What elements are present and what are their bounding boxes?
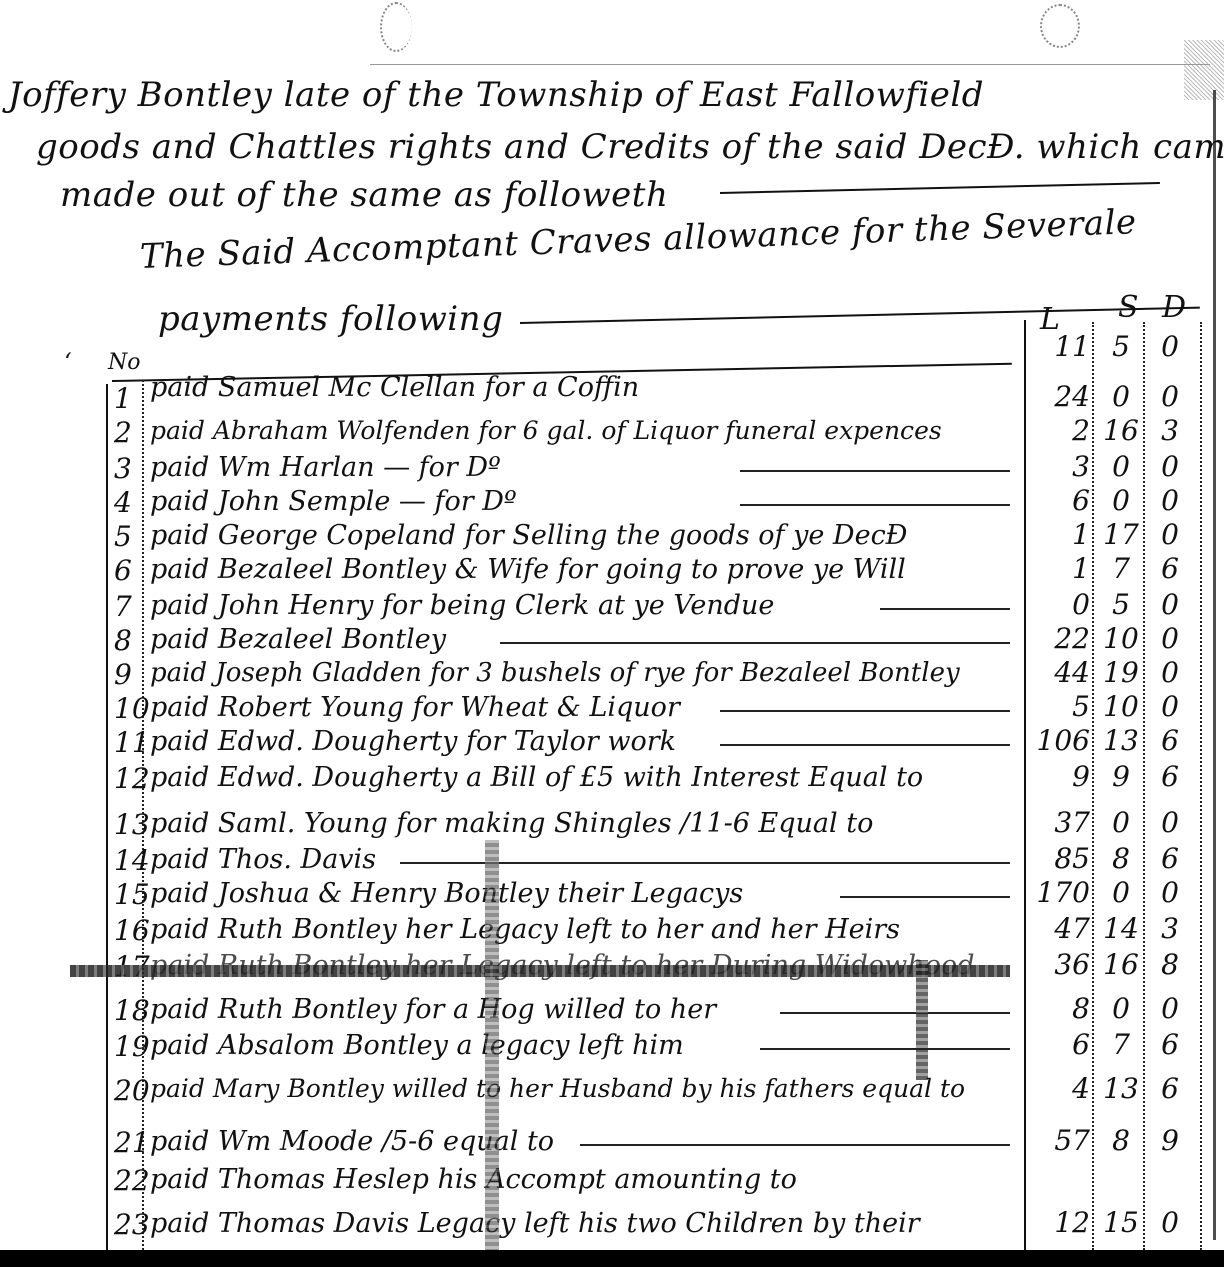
entry-shillings: 0	[1096, 806, 1146, 839]
heading-line-2: goods and Chattles rights and Credits of…	[36, 130, 1224, 164]
entry-number: 13	[114, 808, 144, 841]
ink-smear	[916, 960, 928, 1080]
entry-number: 22	[114, 1164, 144, 1197]
entry-pounds: 9	[1012, 760, 1090, 793]
entry-pounds: 22	[1012, 622, 1090, 655]
entry-number: 6	[114, 554, 144, 587]
entry-shillings: 0	[1096, 484, 1146, 517]
entry-pence: 6	[1150, 724, 1190, 757]
margin-mark: ‘	[64, 348, 72, 376]
ledger-row: 12 paid Edwd. Dougherty a Bill of £5 wit…	[100, 760, 1220, 796]
entry-number: 4	[114, 486, 144, 519]
ledger-row: 19 paid Absalom Bontley a legacy left hi…	[100, 1028, 1220, 1064]
header-shillings: 5	[1096, 330, 1146, 363]
entry-pence: 9	[1150, 1124, 1190, 1157]
heading-flourish	[720, 182, 1160, 194]
fill-line	[720, 710, 1010, 712]
entry-pounds: 36	[1012, 948, 1090, 981]
entry-text: paid Bezaleel Bontley	[150, 624, 446, 655]
entry-number: 7	[114, 590, 144, 623]
entry-shillings: 10	[1096, 690, 1146, 723]
entry-number: 3	[114, 452, 144, 485]
entry-shillings: 10	[1096, 622, 1146, 655]
binding-hole-right	[1040, 4, 1080, 48]
column-header-shillings: S	[1118, 290, 1139, 325]
fill-line	[740, 504, 1010, 506]
entry-text: paid Edwd. Dougherty for Taylor work	[150, 726, 676, 757]
entry-pence: 0	[1150, 518, 1190, 551]
entry-shillings: 13	[1096, 1072, 1146, 1105]
ledger-row: 15 paid Joshua & Henry Bontley their Leg…	[100, 876, 1220, 912]
header-amount-row: 11 5 0	[100, 330, 1220, 366]
entry-shillings: 14	[1096, 912, 1146, 945]
entry-shillings: 13	[1096, 724, 1146, 757]
entry-shillings: 7	[1096, 552, 1146, 585]
fill-line	[740, 470, 1010, 472]
entry-pence: 3	[1150, 414, 1190, 447]
entry-pence: 8	[1150, 948, 1190, 981]
fill-line	[840, 896, 1010, 898]
entry-pounds: 37	[1012, 806, 1090, 839]
entry-pounds: 47	[1012, 912, 1090, 945]
entry-text: paid Ruth Bontley for a Hog willed to he…	[150, 994, 716, 1025]
entry-text: paid Joshua & Henry Bontley their Legacy…	[150, 878, 743, 909]
entry-pounds: 12	[1012, 1206, 1090, 1239]
entry-number: 1	[114, 382, 144, 415]
entry-pence: 0	[1150, 380, 1190, 413]
fill-line	[760, 1048, 1010, 1050]
entry-pounds: 57	[1012, 1124, 1090, 1157]
entry-shillings: 0	[1096, 992, 1146, 1025]
ledger-row: 22 paid Thomas Heslep his Accompt amount…	[100, 1162, 1220, 1198]
entry-shillings: 0	[1096, 876, 1146, 909]
fill-line	[780, 1012, 1010, 1014]
allowance-flourish	[520, 307, 1200, 324]
entry-pence: 0	[1150, 484, 1190, 517]
entry-pence: 0	[1150, 622, 1190, 655]
entry-pounds: 2	[1012, 414, 1090, 447]
entry-text: paid Robert Young for Wheat & Liquor	[150, 692, 680, 723]
ledger-row: 8 paid Bezaleel Bontley 22 10 0	[100, 622, 1220, 658]
entry-shillings: 16	[1096, 414, 1146, 447]
entry-pounds: 0	[1012, 588, 1090, 621]
entry-pounds: 6	[1012, 484, 1090, 517]
entry-pence: 6	[1150, 1072, 1190, 1105]
heading-line-1: Joffery Bontley late of the Township of …	[8, 78, 984, 112]
entry-pence: 0	[1150, 656, 1190, 689]
entry-pence: 0	[1150, 690, 1190, 723]
entry-number: 18	[114, 994, 144, 1027]
entry-pounds: 1	[1012, 552, 1090, 585]
ledger-row: 14 paid Thos. Davis 85 8 6	[100, 842, 1220, 878]
entry-pence: 0	[1150, 450, 1190, 483]
entry-pence: 6	[1150, 1028, 1190, 1061]
entry-text: paid Saml. Young for making Shingles /11…	[150, 808, 873, 839]
fill-line	[720, 744, 1010, 746]
entry-number: 20	[114, 1074, 144, 1107]
ledger-row: 9 paid Joseph Gladden for 3 bushels of r…	[100, 656, 1220, 692]
top-rule	[370, 64, 1210, 65]
entry-number: 16	[114, 914, 144, 947]
ledger-row: 10 paid Robert Young for Wheat & Liquor …	[100, 690, 1220, 726]
entry-text: paid John Henry for being Clerk at ye Ve…	[150, 590, 774, 621]
entry-number: 14	[114, 844, 144, 877]
entry-shillings: 15	[1096, 1206, 1146, 1239]
entry-number: 23	[114, 1208, 144, 1241]
entry-pounds: 3	[1012, 450, 1090, 483]
entry-pence: 0	[1150, 992, 1190, 1025]
fill-line	[580, 1144, 1010, 1146]
entry-shillings: 8	[1096, 1124, 1146, 1157]
binding-hole-left	[380, 2, 412, 52]
entry-pence: 0	[1150, 806, 1190, 839]
ledger-row: 4 paid John Semple — for Dº 6 0 0	[100, 484, 1220, 520]
entry-pounds: 5	[1012, 690, 1090, 723]
entry-text: paid Thos. Davis	[150, 844, 376, 875]
ledger-row: 21 paid Wm Moode /5-6 equal to 57 8 9	[100, 1124, 1220, 1160]
entry-pence: 6	[1150, 552, 1190, 585]
heading-line-3: made out of the same as followeth	[60, 178, 668, 212]
entry-pence: 0	[1150, 588, 1190, 621]
entry-pence: 6	[1150, 842, 1190, 875]
ledger-row: 7 paid John Henry for being Clerk at ye …	[100, 588, 1220, 624]
fold-crease	[485, 840, 499, 1260]
ledger-row: 18 paid Ruth Bontley for a Hog willed to…	[100, 992, 1220, 1028]
ledger-row: 13 paid Saml. Young for making Shingles …	[100, 806, 1220, 842]
entry-shillings: 9	[1096, 760, 1146, 793]
entry-shillings: 7	[1096, 1028, 1146, 1061]
entry-pounds: 44	[1012, 656, 1090, 689]
entry-text: paid Edwd. Dougherty a Bill of £5 with I…	[150, 762, 923, 793]
entry-shillings: 16	[1096, 948, 1146, 981]
entry-shillings: 8	[1096, 842, 1146, 875]
ledger-row: 1 24 0 0	[100, 380, 1220, 416]
entry-pounds: 6	[1012, 1028, 1090, 1061]
entry-pence: 0	[1150, 876, 1190, 909]
entry-pounds: 1	[1012, 518, 1090, 551]
entry-shillings: 0	[1096, 450, 1146, 483]
entry-text: paid Joseph Gladden for 3 bushels of rye…	[150, 658, 960, 688]
entry-shillings: 19	[1096, 656, 1146, 689]
entry-number: 9	[114, 658, 144, 691]
entry-pounds: 106	[1012, 724, 1090, 757]
ledger-row: 20 paid Mary Bontley willed to her Husba…	[100, 1072, 1220, 1108]
ledger-row: 16 paid Ruth Bontley her Legacy left to …	[100, 912, 1220, 948]
scan-bottom-border	[0, 1250, 1224, 1267]
entry-number: 12	[114, 762, 144, 795]
ledger-row: 2 paid Abraham Wolfenden for 6 gal. of L…	[100, 414, 1220, 450]
entry-number: 2	[114, 416, 144, 449]
column-header-pence: D	[1162, 290, 1186, 325]
entry-pence: 0	[1150, 1206, 1190, 1239]
entry-number: 11	[114, 726, 144, 759]
ledger-row: 6 paid Bezaleel Bontley & Wife for going…	[100, 552, 1220, 588]
entry-pounds: 8	[1012, 992, 1090, 1025]
entry-number: 15	[114, 878, 144, 911]
entry-shillings: 5	[1096, 588, 1146, 621]
ledger-row: 23 paid Thomas Davis Legacy left his two…	[100, 1206, 1220, 1242]
entry-shillings: 17	[1096, 518, 1146, 551]
entry-pounds: 4	[1012, 1072, 1090, 1105]
entry-text: paid Mary Bontley willed to her Husband …	[150, 1074, 965, 1103]
entry-shillings: 0	[1096, 380, 1146, 413]
entry-pounds: 24	[1012, 380, 1090, 413]
entry-text: paid Thomas Heslep his Accompt amounting…	[150, 1164, 797, 1195]
entry-text: paid Absalom Bontley a legacy left him	[150, 1030, 684, 1061]
entry-number: 19	[114, 1030, 144, 1063]
ledger-row: 11 paid Edwd. Dougherty for Taylor work …	[100, 724, 1220, 760]
header-pence: 0	[1150, 330, 1190, 363]
allowance-line-1: The Said Accomptant Craves allowance for…	[139, 205, 1137, 274]
entry-text: paid Bezaleel Bontley & Wife for going t…	[150, 554, 906, 585]
entry-text: paid Wm Harlan — for Dº	[150, 452, 501, 483]
entry-text: paid George Copeland for Selling the goo…	[150, 520, 907, 551]
ledger-row: 3 paid Wm Harlan — for Dº 3 0 0	[100, 450, 1220, 486]
entry-pounds: 85	[1012, 842, 1090, 875]
entry-pence: 3	[1150, 912, 1190, 945]
entry-pence: 6	[1150, 760, 1190, 793]
strikethrough-blot	[70, 965, 1010, 977]
entry-number: 8	[114, 624, 144, 657]
ledger-row: 5 paid George Copeland for Selling the g…	[100, 518, 1220, 554]
entry-pounds: 170	[1012, 876, 1090, 909]
entry-number: 21	[114, 1126, 144, 1159]
fill-line	[880, 608, 1010, 610]
entry-text: paid John Semple — for Dº	[150, 486, 517, 517]
entry-text: paid Abraham Wolfenden for 6 gal. of Liq…	[150, 416, 942, 445]
entry-number: 5	[114, 520, 144, 553]
fill-line	[500, 642, 1010, 644]
entry-text: paid Thomas Davis Legacy left his two Ch…	[150, 1208, 920, 1239]
page-corner-shadow	[1184, 40, 1224, 100]
entry-number: 10	[114, 692, 144, 725]
entry-text: paid Ruth Bontley her Legacy left to her…	[150, 914, 900, 945]
